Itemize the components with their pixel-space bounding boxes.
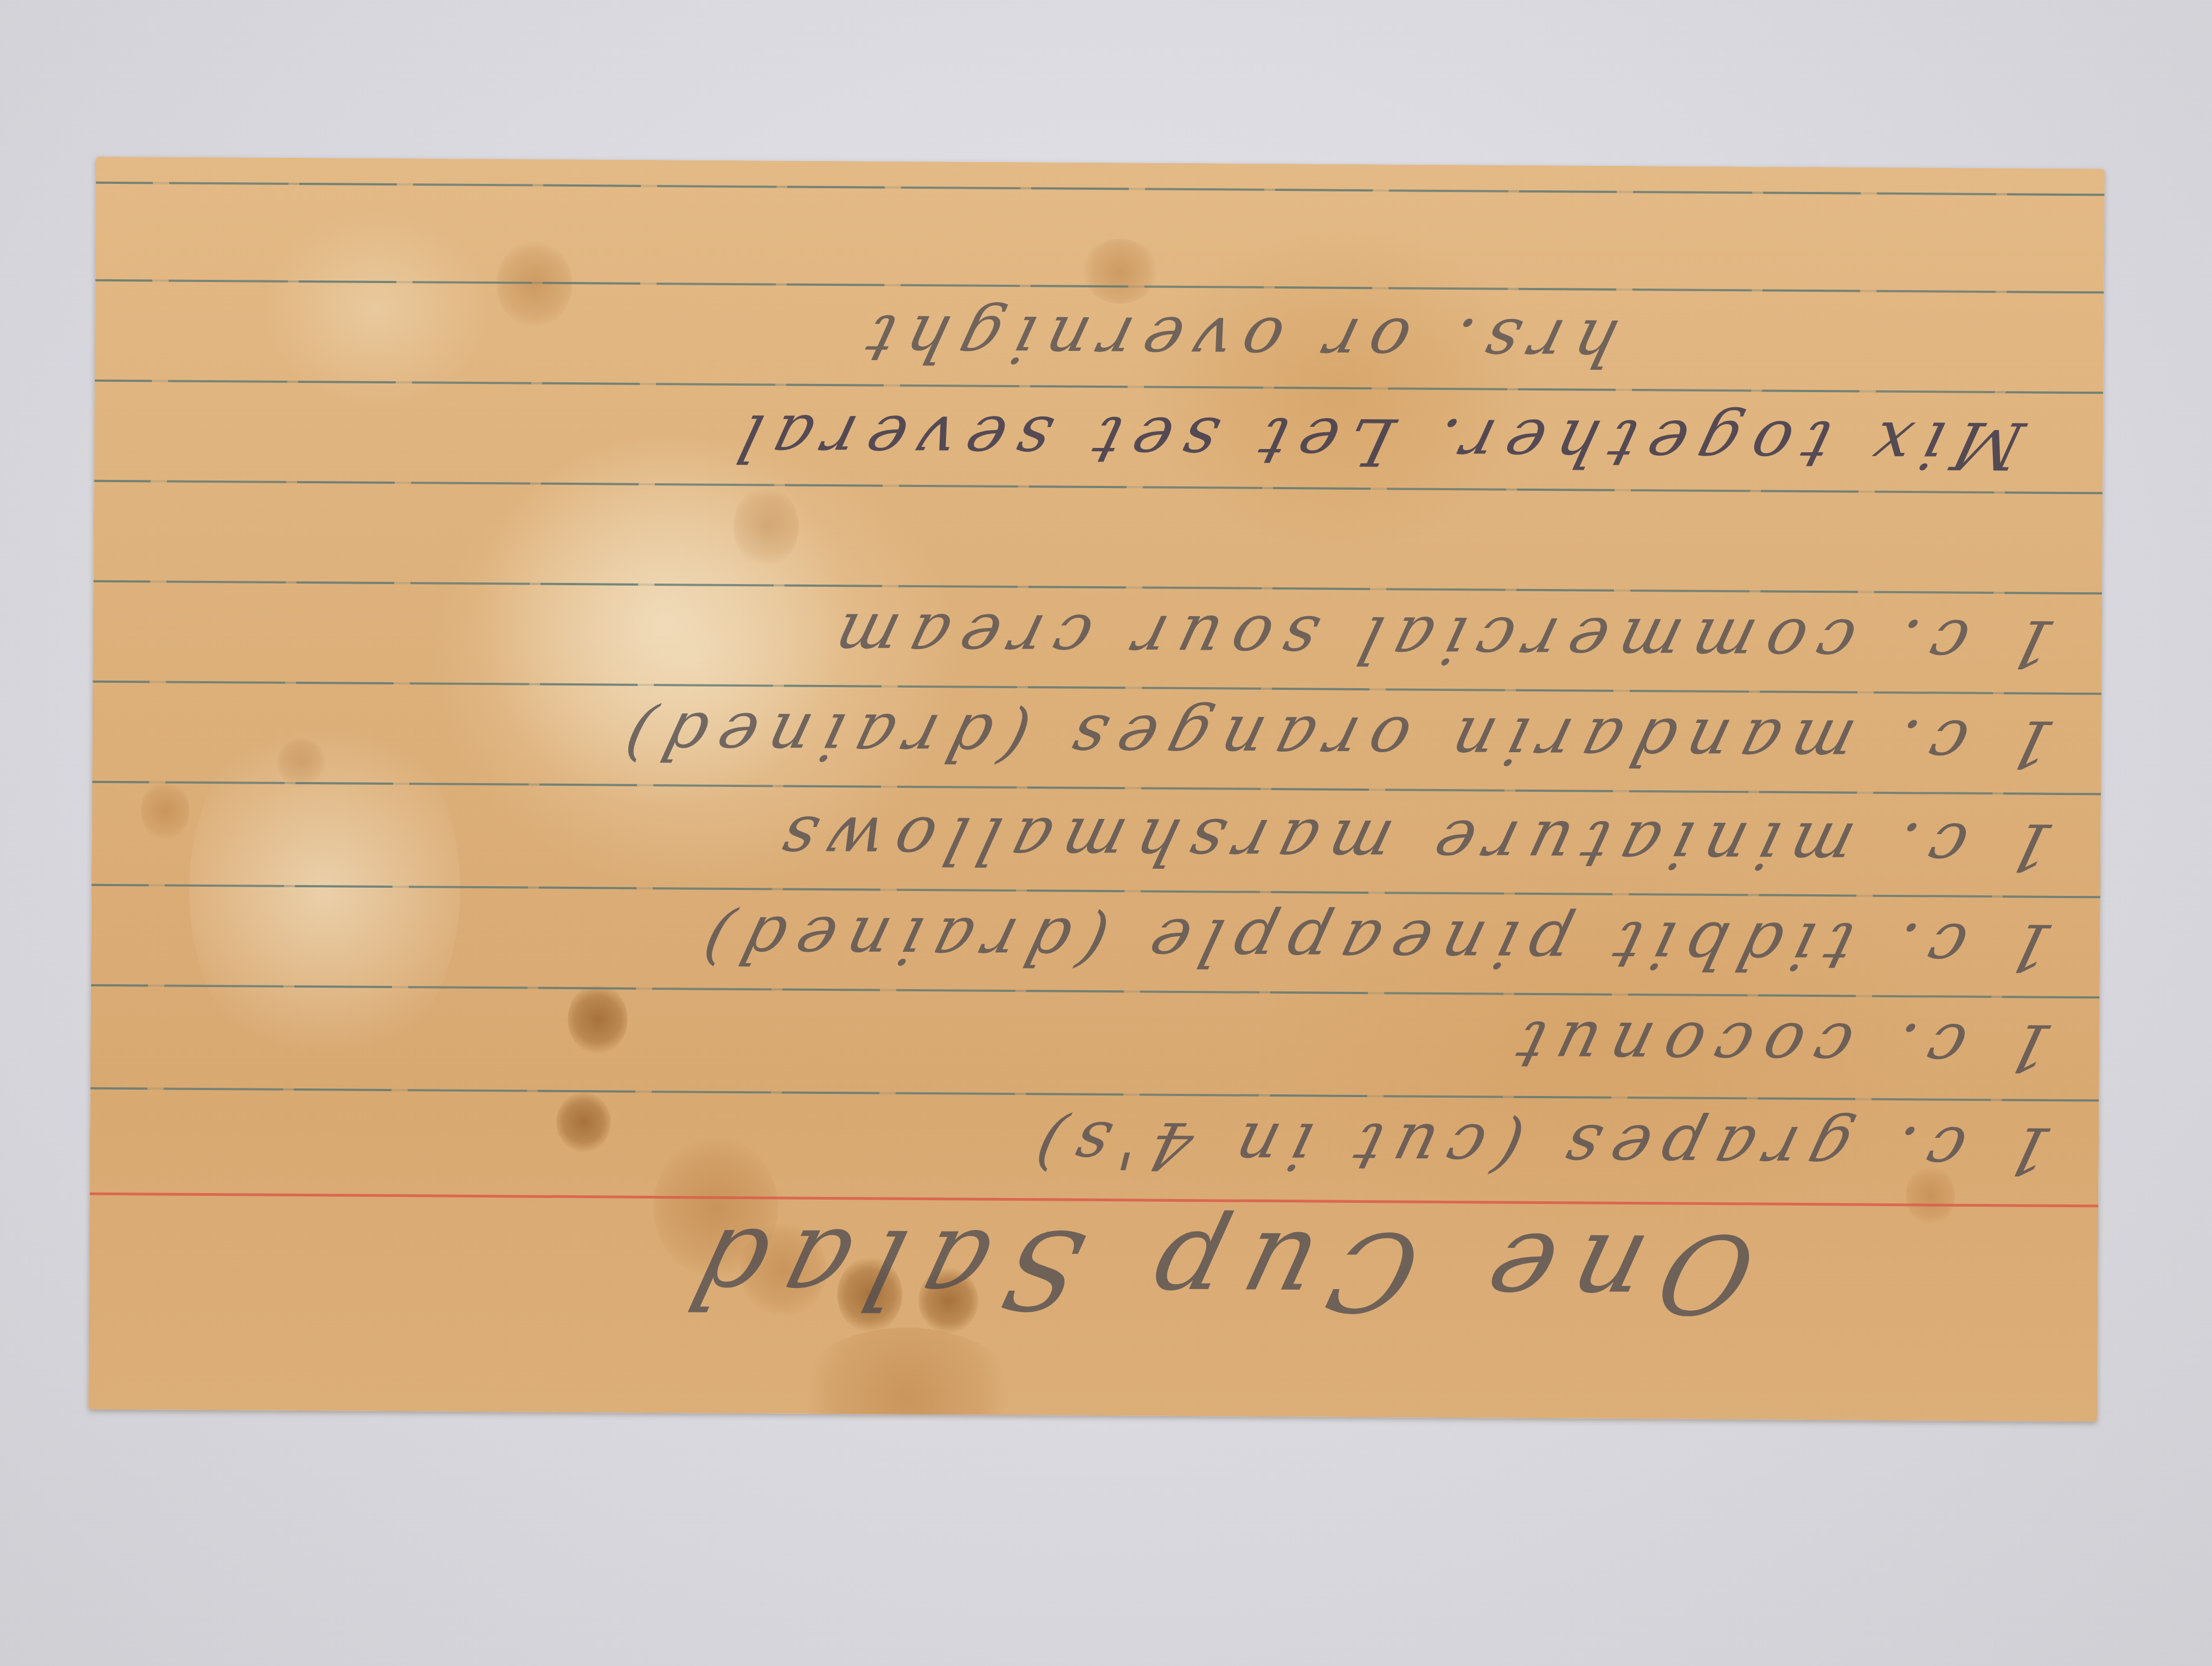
card-content-upside-down: One Cup Salad 1 c. grapes (cut in 4's) 1… <box>88 157 2105 1422</box>
rule-line <box>91 1087 2099 1102</box>
rule-line <box>93 580 2102 595</box>
ingredient-line: 1 c. mandarin oranges (drained) <box>607 702 2061 776</box>
ingredient-line: 1 c. tidbit pineapple (drained) <box>685 906 2060 979</box>
ingredient-line: 1 c. commercial sour cream <box>816 603 2061 676</box>
instruction-line: hrs. or overnight <box>848 305 1624 374</box>
margin-line <box>89 1193 2098 1208</box>
rule-line <box>91 984 2100 999</box>
ingredient-line: 1 c. grapes (cut in 4's) <box>1018 1111 2058 1182</box>
rule-line <box>95 279 2104 294</box>
rule-line <box>96 182 2105 196</box>
rule-line <box>93 681 2101 695</box>
recipe-card: One Cup Salad 1 c. grapes (cut in 4's) 1… <box>88 157 2105 1422</box>
rule-line <box>92 884 2100 899</box>
rule-line <box>94 480 2102 495</box>
rule-line <box>92 781 2101 796</box>
rule-line <box>95 380 2104 394</box>
ingredient-line: 1 c. coconut <box>1498 1011 2059 1080</box>
instruction-line: Mix together. Let set several <box>721 405 2030 477</box>
recipe-title: One Cup Salad <box>661 1212 1765 1327</box>
ingredient-line: 1 c. miniature marshmallows <box>762 806 2060 879</box>
